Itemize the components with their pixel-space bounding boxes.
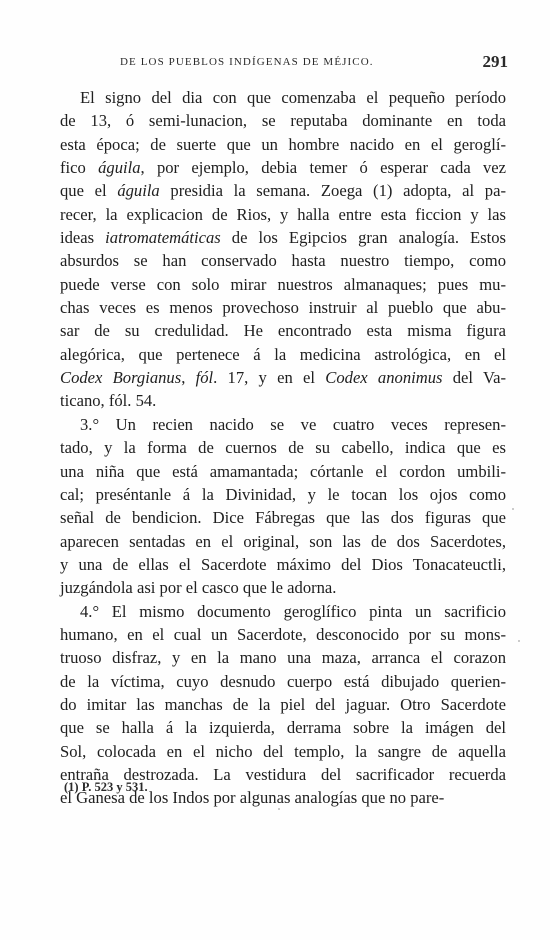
text-line: señal de bendicion. Dice Fábregas que la… bbox=[60, 506, 506, 529]
text-segment: sar de su credulidad. He encontrado esta… bbox=[60, 321, 506, 340]
text-segment: absurdos se han conservado hasta nuestro… bbox=[60, 251, 506, 270]
text-line: absurdos se han conservado hasta nuestro… bbox=[60, 249, 506, 272]
text-segment: presidia la semana. Zoega (1) adopta, al… bbox=[160, 181, 506, 200]
text-line: fico águila, por ejemplo, debia temer ó … bbox=[60, 156, 506, 179]
text-segment: recer, la explicacion de Rios, y halla e… bbox=[60, 205, 506, 224]
print-speck bbox=[278, 808, 280, 810]
text-line: recer, la explicacion de Rios, y halla e… bbox=[60, 203, 506, 226]
text-segment: de 13, ó semi-lunacion, se reputaba domi… bbox=[60, 111, 506, 130]
body-text: El signo del dia con que comenzaba el pe… bbox=[60, 86, 506, 810]
text-segment: do imitar las manchas de la piel del jag… bbox=[60, 695, 506, 714]
text-line: de la víctima, cuyo desnudo cuerpo está … bbox=[60, 670, 506, 693]
text-segment: Sol, colocada en el nicho del templo, la… bbox=[60, 742, 506, 761]
text-segment: del Va- bbox=[442, 368, 506, 387]
italic-term: fól bbox=[196, 368, 214, 387]
text-line: puede verse con solo mirar nuestros alma… bbox=[60, 273, 506, 296]
text-segment: alegórica, que pertenece á la medicina a… bbox=[60, 345, 506, 364]
text-segment: , bbox=[181, 368, 195, 387]
text-line: 4.° El mismo documento geroglífico pinta… bbox=[60, 600, 506, 623]
text-line: una niña que está amamantada; córtanle e… bbox=[60, 460, 506, 483]
text-segment: 4.° El mismo documento geroglífico pinta… bbox=[80, 602, 506, 621]
text-line: 3.° Un recien nacido se ve cuatro veces … bbox=[60, 413, 506, 436]
italic-term: Codex Borgianus bbox=[60, 368, 181, 387]
running-title: DE LOS PUEBLOS INDÍGENAS DE MÉJICO. bbox=[120, 56, 374, 68]
text-line: y una de ellas el Sacerdote máximo del D… bbox=[60, 553, 506, 576]
text-segment: fico bbox=[60, 158, 98, 177]
text-line: ideas iatromatemáticas de los Egipcios g… bbox=[60, 226, 506, 249]
text-segment: humano, en el cual un Sacerdote, descono… bbox=[60, 625, 506, 644]
text-line: Codex Borgianus, fól. 17, y en el Codex … bbox=[60, 366, 506, 389]
text-line: truoso disfraz, y en la mano una maza, a… bbox=[60, 646, 506, 669]
text-segment: de los Egipcios gran analogía. Estos bbox=[221, 228, 506, 247]
text-segment: ticano, fól. 54. bbox=[60, 391, 156, 410]
italic-term: iatromatemáticas bbox=[105, 228, 221, 247]
print-speck bbox=[518, 640, 520, 642]
book-page: DE LOS PUEBLOS INDÍGENAS DE MÉJICO. 291 … bbox=[0, 0, 550, 940]
text-line: aparecen sentadas en el original, son la… bbox=[60, 530, 506, 553]
text-segment: tado, y la forma de cuernos de su cabell… bbox=[60, 438, 506, 457]
print-speck bbox=[512, 508, 514, 510]
text-line: cal; preséntanle á la Divinidad, y le to… bbox=[60, 483, 506, 506]
text-line: juzgándola asi por el casco que le adorn… bbox=[60, 576, 506, 599]
text-segment: . 17, y en el bbox=[213, 368, 325, 387]
text-segment: ideas bbox=[60, 228, 105, 247]
text-segment: chas veces es menos provechoso instruir … bbox=[60, 298, 506, 317]
text-line: de 13, ó semi-lunacion, se reputaba domi… bbox=[60, 109, 506, 132]
text-line: humano, en el cual un Sacerdote, descono… bbox=[60, 623, 506, 646]
text-line: alegórica, que pertenece á la medicina a… bbox=[60, 343, 506, 366]
text-segment: una niña que está amamantada; córtanle e… bbox=[60, 462, 506, 481]
text-line: ticano, fól. 54. bbox=[60, 389, 506, 412]
text-line: chas veces es menos provechoso instruir … bbox=[60, 296, 506, 319]
text-segment: esta época; de suerte que un hombre naci… bbox=[60, 135, 506, 154]
text-segment: señal de bendicion. Dice Fábregas que la… bbox=[60, 508, 506, 527]
text-segment: puede verse con solo mirar nuestros alma… bbox=[60, 275, 506, 294]
text-line: sar de su credulidad. He encontrado esta… bbox=[60, 319, 506, 342]
text-segment: aparecen sentadas en el original, son la… bbox=[60, 532, 506, 551]
text-segment: de la víctima, cuyo desnudo cuerpo está … bbox=[60, 672, 506, 691]
running-head: DE LOS PUEBLOS INDÍGENAS DE MÉJICO. 291 bbox=[60, 52, 508, 74]
text-segment: El signo del dia con que comenzaba el pe… bbox=[80, 88, 506, 107]
text-segment: truoso disfraz, y en la mano una maza, a… bbox=[60, 648, 506, 667]
text-line: tado, y la forma de cuernos de su cabell… bbox=[60, 436, 506, 459]
text-segment: y una de ellas el Sacerdote máximo del D… bbox=[60, 555, 506, 574]
text-line: que se halla á la izquierda, derrama sob… bbox=[60, 716, 506, 739]
text-segment: 3.° Un recien nacido se ve cuatro veces … bbox=[80, 415, 506, 434]
text-segment: que el bbox=[60, 181, 117, 200]
text-segment: juzgándola asi por el casco que le adorn… bbox=[60, 578, 336, 597]
italic-term: Codex anonimus bbox=[325, 368, 442, 387]
italic-term: águila bbox=[117, 181, 159, 200]
text-line: do imitar las manchas de la piel del jag… bbox=[60, 693, 506, 716]
text-segment: cal; preséntanle á la Divinidad, y le to… bbox=[60, 485, 506, 504]
italic-term: águila bbox=[98, 158, 140, 177]
text-line: El signo del dia con que comenzaba el pe… bbox=[60, 86, 506, 109]
text-segment: , por ejemplo, debia temer ó esperar cad… bbox=[141, 158, 506, 177]
text-segment: que se halla á la izquierda, derrama sob… bbox=[60, 718, 506, 737]
text-line: que el águila presidia la semana. Zoega … bbox=[60, 179, 506, 202]
text-line: Sol, colocada en el nicho del templo, la… bbox=[60, 740, 506, 763]
page-number: 291 bbox=[483, 52, 509, 72]
footnote: (1) P. 523 y 531. bbox=[64, 780, 148, 795]
text-line: esta época; de suerte que un hombre naci… bbox=[60, 133, 506, 156]
